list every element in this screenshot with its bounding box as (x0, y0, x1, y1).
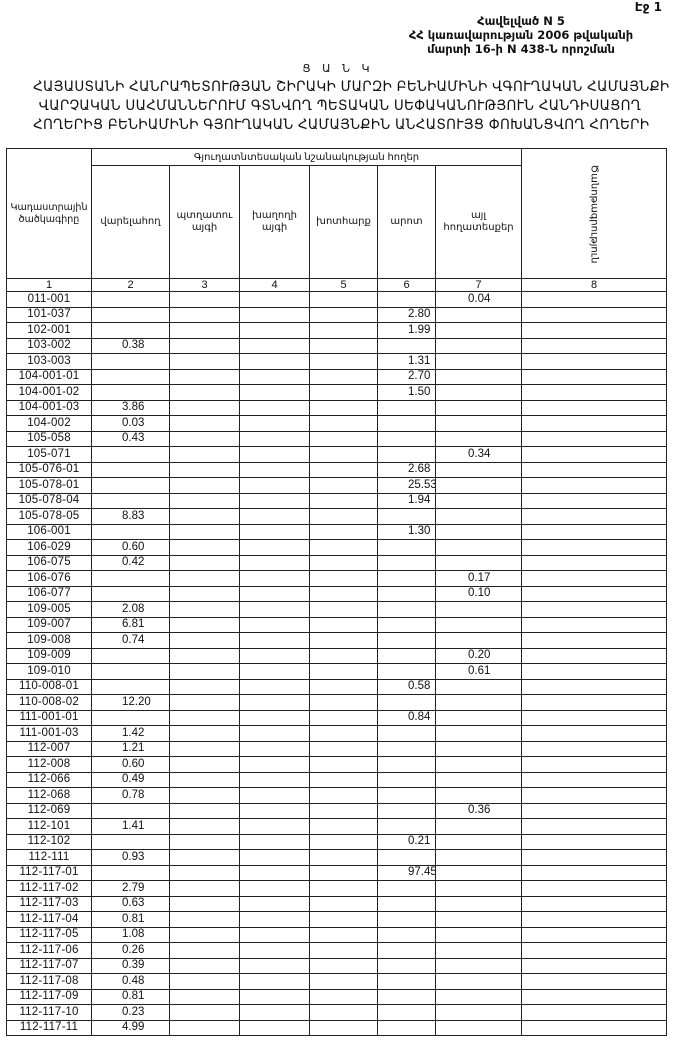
vineyard-cell (240, 850, 310, 866)
pasture-cell: 0.21 (378, 834, 436, 850)
table-row: 103-0020.38 (7, 338, 667, 354)
table-row: 105-078-058.83 (7, 509, 667, 525)
other-lands-cell (436, 695, 522, 711)
hayfield-cell (310, 1020, 378, 1036)
orchard-cell (170, 664, 240, 680)
pasture-cell (378, 896, 436, 912)
annex-line-3: մարտի 16-ի N 438-Ն որոշման (386, 42, 656, 56)
hayfield-cell (310, 431, 378, 447)
hayfield-cell (310, 385, 378, 401)
cadastral-code-cell: 106-077 (7, 586, 92, 602)
arable-cell: 0.93 (92, 850, 170, 866)
note-cell (522, 416, 667, 432)
vineyard-cell (240, 307, 310, 323)
cadastral-code-cell: 105-078-04 (7, 493, 92, 509)
orchard-cell (170, 788, 240, 804)
cadastral-code-cell: 104-002 (7, 416, 92, 432)
table-row: 111-001-010.84 (7, 710, 667, 726)
arable-cell (92, 524, 170, 540)
other-lands-cell (436, 834, 522, 850)
orchard-cell (170, 865, 240, 881)
orchard-cell (170, 555, 240, 571)
other-lands-cell (436, 431, 522, 447)
pasture-cell: 2.80 (378, 307, 436, 323)
arable-cell (92, 478, 170, 494)
note-cell (522, 1020, 667, 1036)
table-row: 110-008-010.58 (7, 679, 667, 695)
other-lands-cell (436, 974, 522, 990)
orchard-cell (170, 307, 240, 323)
other-lands-cell (436, 912, 522, 928)
vineyard-cell (240, 385, 310, 401)
table-row: 106-0290.60 (7, 540, 667, 556)
table-row: 109-0080.74 (7, 633, 667, 649)
pasture-cell: 1.99 (378, 323, 436, 339)
vineyard-cell (240, 292, 310, 308)
orchard-cell (170, 385, 240, 401)
orchard-cell (170, 586, 240, 602)
pasture-cell (378, 989, 436, 1005)
orchard-cell (170, 927, 240, 943)
orchard-cell (170, 648, 240, 664)
note-cell (522, 540, 667, 556)
heading-line-1: ՀԱՅԱՍՏԱՆԻ ՀԱՆՐԱՊԵՏՈՒԹՅԱՆ ՇԻՐԱԿԻ ՄԱՐԶԻ ԲԵ… (33, 78, 647, 97)
note-cell (522, 555, 667, 571)
orchard-cell (170, 974, 240, 990)
cadastral-code-cell: 111-001-03 (7, 726, 92, 742)
pasture-cell: 1.30 (378, 524, 436, 540)
other-lands-cell (436, 633, 522, 649)
cadastral-code-cell: 111-001-01 (7, 710, 92, 726)
hayfield-cell (310, 695, 378, 711)
orchard-cell (170, 772, 240, 788)
note-cell (522, 509, 667, 525)
hayfield-cell (310, 896, 378, 912)
orchard-cell (170, 478, 240, 494)
col-num-4: 4 (240, 279, 310, 292)
header-hayfield: խոտհարք (310, 166, 378, 279)
orchard-cell (170, 741, 240, 757)
cadastral-code-cell: 112-117-11 (7, 1020, 92, 1036)
vineyard-cell (240, 555, 310, 571)
pasture-cell (378, 912, 436, 928)
table-row: 110-008-0212.20 (7, 695, 667, 711)
arable-cell: 0.26 (92, 943, 170, 959)
note-cell (522, 974, 667, 990)
cadastral-code-cell: 103-003 (7, 354, 92, 370)
vineyard-cell (240, 586, 310, 602)
hayfield-cell (310, 788, 378, 804)
note-cell (522, 741, 667, 757)
table-row: 104-001-021.50 (7, 385, 667, 401)
other-lands-cell (436, 943, 522, 959)
hayfield-cell (310, 834, 378, 850)
cadastral-code-cell: 109-005 (7, 602, 92, 618)
cadastral-code-cell: 112-008 (7, 757, 92, 773)
table-row: 112-0660.49 (7, 772, 667, 788)
arable-cell (92, 323, 170, 339)
hayfield-cell (310, 586, 378, 602)
hayfield-cell (310, 354, 378, 370)
table-row: 109-0052.08 (7, 602, 667, 618)
hayfield-cell (310, 540, 378, 556)
col-num-8: 8 (522, 279, 667, 292)
pasture-cell (378, 617, 436, 633)
pasture-cell (378, 772, 436, 788)
orchard-cell (170, 493, 240, 509)
arable-cell: 1.08 (92, 927, 170, 943)
hayfield-cell (310, 323, 378, 339)
other-lands-cell (436, 338, 522, 354)
hayfield-cell (310, 648, 378, 664)
pasture-cell (378, 555, 436, 571)
pasture-cell (378, 850, 436, 866)
arable-cell (92, 292, 170, 308)
arable-cell: 4.99 (92, 1020, 170, 1036)
orchard-cell (170, 447, 240, 463)
cadastral-code-cell: 104-001-01 (7, 369, 92, 385)
other-lands-cell (436, 927, 522, 943)
hayfield-cell (310, 912, 378, 928)
vineyard-cell (240, 571, 310, 587)
other-lands-cell (436, 369, 522, 385)
vineyard-cell (240, 865, 310, 881)
cadastral-code-cell: 106-001 (7, 524, 92, 540)
hayfield-cell (310, 602, 378, 618)
table-row: 106-0011.30 (7, 524, 667, 540)
heading-line-2: ՎԱՐՉԱԿԱՆ ՍԱՀՄԱՆՆԵՐՈՒՄ ԳՏՆՎՈՂ ՊԵՏԱԿԱՆ ՍԵՓ… (33, 97, 647, 116)
cadastral-code-cell: 112-117-01 (7, 865, 92, 881)
other-lands-cell (436, 896, 522, 912)
orchard-cell (170, 369, 240, 385)
other-lands-cell (436, 493, 522, 509)
orchard-cell (170, 354, 240, 370)
orchard-cell (170, 710, 240, 726)
pasture-cell (378, 974, 436, 990)
arable-cell (92, 354, 170, 370)
vineyard-cell (240, 664, 310, 680)
arable-cell (92, 493, 170, 509)
table-row: 104-001-012.70 (7, 369, 667, 385)
cadastral-code-cell: 112-117-08 (7, 974, 92, 990)
other-lands-cell (436, 710, 522, 726)
cadastral-code-cell: 112-117-07 (7, 958, 92, 974)
arable-cell: 1.21 (92, 741, 170, 757)
note-cell (522, 819, 667, 835)
hayfield-cell (310, 664, 378, 680)
arable-cell: 0.49 (92, 772, 170, 788)
hayfield-cell (310, 943, 378, 959)
vineyard-cell (240, 943, 310, 959)
other-lands-cell (436, 416, 522, 432)
arable-cell: 0.60 (92, 540, 170, 556)
pasture-cell (378, 648, 436, 664)
pasture-cell: 0.84 (378, 710, 436, 726)
table-row: 112-0071.21 (7, 741, 667, 757)
table-body: 011-0010.04101-0372.80102-0011.99103-002… (7, 292, 667, 1036)
orchard-cell (170, 819, 240, 835)
note-cell (522, 695, 667, 711)
pasture-cell (378, 400, 436, 416)
cadastral-code-cell: 105-058 (7, 431, 92, 447)
orchard-cell (170, 338, 240, 354)
arable-cell: 3.86 (92, 400, 170, 416)
pasture-cell (378, 803, 436, 819)
col-num-7: 7 (436, 279, 522, 292)
arable-cell: 0.03 (92, 416, 170, 432)
note-cell (522, 850, 667, 866)
hayfield-cell (310, 292, 378, 308)
cadastral-code-cell: 109-007 (7, 617, 92, 633)
arable-cell: 0.63 (92, 896, 170, 912)
pasture-cell (378, 540, 436, 556)
other-lands-cell: 0.10 (436, 586, 522, 602)
cadastral-code-cell: 112-101 (7, 819, 92, 835)
other-lands-cell (436, 850, 522, 866)
header-other-lands: այլ հողատեսքեր (436, 166, 522, 279)
arable-cell: 0.81 (92, 989, 170, 1005)
other-lands-cell (436, 757, 522, 773)
pasture-cell (378, 571, 436, 587)
orchard-cell (170, 958, 240, 974)
other-lands-cell (436, 323, 522, 339)
other-lands-cell (436, 385, 522, 401)
hayfield-cell (310, 555, 378, 571)
note-cell (522, 633, 667, 649)
other-lands-cell (436, 989, 522, 1005)
cadastral-code-cell: 106-029 (7, 540, 92, 556)
annex-line-1: Հավելված N 5 (386, 14, 656, 28)
orchard-cell (170, 803, 240, 819)
note-cell (522, 307, 667, 323)
other-lands-cell (436, 1020, 522, 1036)
pasture-cell (378, 881, 436, 897)
table-row: 112-117-090.81 (7, 989, 667, 1005)
header-note: Ծանոթագրություն (522, 149, 667, 279)
note-cell (522, 943, 667, 959)
pasture-cell (378, 447, 436, 463)
arable-cell: 0.38 (92, 338, 170, 354)
cadastral-code-cell: 104-001-03 (7, 400, 92, 416)
other-lands-cell (436, 478, 522, 494)
arable-cell (92, 803, 170, 819)
note-cell (522, 338, 667, 354)
vineyard-cell (240, 447, 310, 463)
table-row: 105-078-0125.53 (7, 478, 667, 494)
hayfield-cell (310, 865, 378, 881)
column-number-row: 1 2 3 4 5 6 7 8 (7, 279, 667, 292)
arable-cell: 2.79 (92, 881, 170, 897)
cadastral-code-cell: 105-071 (7, 447, 92, 463)
pasture-cell (378, 509, 436, 525)
note-cell (522, 602, 667, 618)
orchard-cell (170, 292, 240, 308)
land-table: Կադաստրային ծածկագիրը Գյուղատնտեսական նշ… (6, 148, 667, 1036)
vineyard-cell (240, 369, 310, 385)
other-lands-cell (436, 741, 522, 757)
pasture-cell (378, 338, 436, 354)
note-cell (522, 927, 667, 943)
arable-cell: 0.39 (92, 958, 170, 974)
other-lands-cell: 0.17 (436, 571, 522, 587)
pasture-cell: 97.45 (378, 865, 436, 881)
pasture-cell (378, 664, 436, 680)
cadastral-code-cell: 112-117-03 (7, 896, 92, 912)
cadastral-code-cell: 110-008-01 (7, 679, 92, 695)
pasture-cell (378, 927, 436, 943)
note-cell (522, 431, 667, 447)
note-cell (522, 400, 667, 416)
pasture-cell (378, 431, 436, 447)
vineyard-cell (240, 896, 310, 912)
table-row: 109-0100.61 (7, 664, 667, 680)
vineyard-cell (240, 602, 310, 618)
note-cell (522, 323, 667, 339)
pasture-cell (378, 292, 436, 308)
col-num-3: 3 (170, 279, 240, 292)
header-cadastral-code: Կադաստրային ծածկագիրը (7, 149, 92, 279)
table-row: 106-0750.42 (7, 555, 667, 571)
pasture-cell (378, 633, 436, 649)
table-row: 112-1020.21 (7, 834, 667, 850)
pasture-cell: 2.70 (378, 369, 436, 385)
hayfield-cell (310, 1005, 378, 1021)
orchard-cell (170, 617, 240, 633)
arable-cell: 0.23 (92, 1005, 170, 1021)
document-heading: ՀԱՅԱՍՏԱՆԻ ՀԱՆՐԱՊԵՏՈՒԹՅԱՆ ՇԻՐԱԿԻ ՄԱՐԶԻ ԲԵ… (33, 78, 647, 135)
orchard-cell (170, 602, 240, 618)
cadastral-code-cell: 112-066 (7, 772, 92, 788)
pasture-cell (378, 1020, 436, 1036)
arable-cell: 12.20 (92, 695, 170, 711)
hayfield-cell (310, 726, 378, 742)
arable-cell (92, 865, 170, 881)
pasture-cell (378, 943, 436, 959)
orchard-cell (170, 943, 240, 959)
note-cell (522, 958, 667, 974)
arable-cell (92, 385, 170, 401)
vineyard-cell (240, 974, 310, 990)
other-lands-cell (436, 509, 522, 525)
vineyard-cell (240, 648, 310, 664)
table-row: 011-0010.04 (7, 292, 667, 308)
arable-cell: 0.43 (92, 431, 170, 447)
note-cell (522, 447, 667, 463)
cadastral-code-cell: 106-075 (7, 555, 92, 571)
header-vineyard: խաղողի այգի (240, 166, 310, 279)
hayfield-cell (310, 803, 378, 819)
vineyard-cell (240, 741, 310, 757)
cadastral-code-cell: 103-002 (7, 338, 92, 354)
orchard-cell (170, 323, 240, 339)
hayfield-cell (310, 989, 378, 1005)
cadastral-code-cell: 101-037 (7, 307, 92, 323)
note-cell (522, 772, 667, 788)
orchard-cell (170, 509, 240, 525)
other-lands-cell: 0.20 (436, 648, 522, 664)
header-note-label: Ծանոթագրություն (589, 164, 600, 263)
table-row: 111-001-031.42 (7, 726, 667, 742)
hayfield-cell (310, 819, 378, 835)
hayfield-cell (310, 974, 378, 990)
arable-cell: 8.83 (92, 509, 170, 525)
other-lands-cell: 0.34 (436, 447, 522, 463)
cadastral-code-cell: 112-007 (7, 741, 92, 757)
orchard-cell (170, 1005, 240, 1021)
note-cell (522, 369, 667, 385)
cadastral-code-cell: 105-076-01 (7, 462, 92, 478)
arable-cell (92, 710, 170, 726)
pasture-cell (378, 586, 436, 602)
orchard-cell (170, 834, 240, 850)
arable-cell: 6.81 (92, 617, 170, 633)
orchard-cell (170, 1020, 240, 1036)
pasture-cell (378, 695, 436, 711)
hayfield-cell (310, 617, 378, 633)
note-cell (522, 881, 667, 897)
cadastral-code-cell: 109-008 (7, 633, 92, 649)
orchard-cell (170, 431, 240, 447)
orchard-cell (170, 462, 240, 478)
vineyard-cell (240, 757, 310, 773)
note-cell (522, 524, 667, 540)
cadastral-code-cell: 105-078-01 (7, 478, 92, 494)
vineyard-cell (240, 819, 310, 835)
note-cell (522, 462, 667, 478)
vineyard-cell (240, 834, 310, 850)
hayfield-cell (310, 524, 378, 540)
table-row: 103-0031.31 (7, 354, 667, 370)
vineyard-cell (240, 881, 310, 897)
col-num-6: 6 (378, 279, 436, 292)
arable-cell (92, 679, 170, 695)
vineyard-cell (240, 710, 310, 726)
vineyard-cell (240, 540, 310, 556)
other-lands-cell (436, 602, 522, 618)
hayfield-cell (310, 447, 378, 463)
cadastral-code-cell: 112-117-04 (7, 912, 92, 928)
vineyard-cell (240, 788, 310, 804)
cadastral-code-cell: 112-111 (7, 850, 92, 866)
other-lands-cell (436, 555, 522, 571)
vineyard-cell (240, 927, 310, 943)
other-lands-cell (436, 354, 522, 370)
table-row: 112-117-051.08 (7, 927, 667, 943)
header-orchard: պտղատու այգի (170, 166, 240, 279)
hayfield-cell (310, 927, 378, 943)
cadastral-code-cell: 112-102 (7, 834, 92, 850)
orchard-cell (170, 912, 240, 928)
pasture-cell: 25.53 (378, 478, 436, 494)
note-cell (522, 571, 667, 587)
note-cell (522, 865, 667, 881)
table-row: 112-117-070.39 (7, 958, 667, 974)
header-arable: վարելահող (92, 166, 170, 279)
cadastral-code-cell: 112-117-02 (7, 881, 92, 897)
orchard-cell (170, 679, 240, 695)
arable-cell: 2.08 (92, 602, 170, 618)
orchard-cell (170, 571, 240, 587)
table-row: 112-117-0197.45 (7, 865, 667, 881)
cadastral-code-cell: 112-117-10 (7, 1005, 92, 1021)
cadastral-code-cell: 112-068 (7, 788, 92, 804)
orchard-cell (170, 757, 240, 773)
vineyard-cell (240, 323, 310, 339)
table-row: 112-1011.41 (7, 819, 667, 835)
arable-cell (92, 648, 170, 664)
vineyard-cell (240, 772, 310, 788)
vineyard-cell (240, 462, 310, 478)
